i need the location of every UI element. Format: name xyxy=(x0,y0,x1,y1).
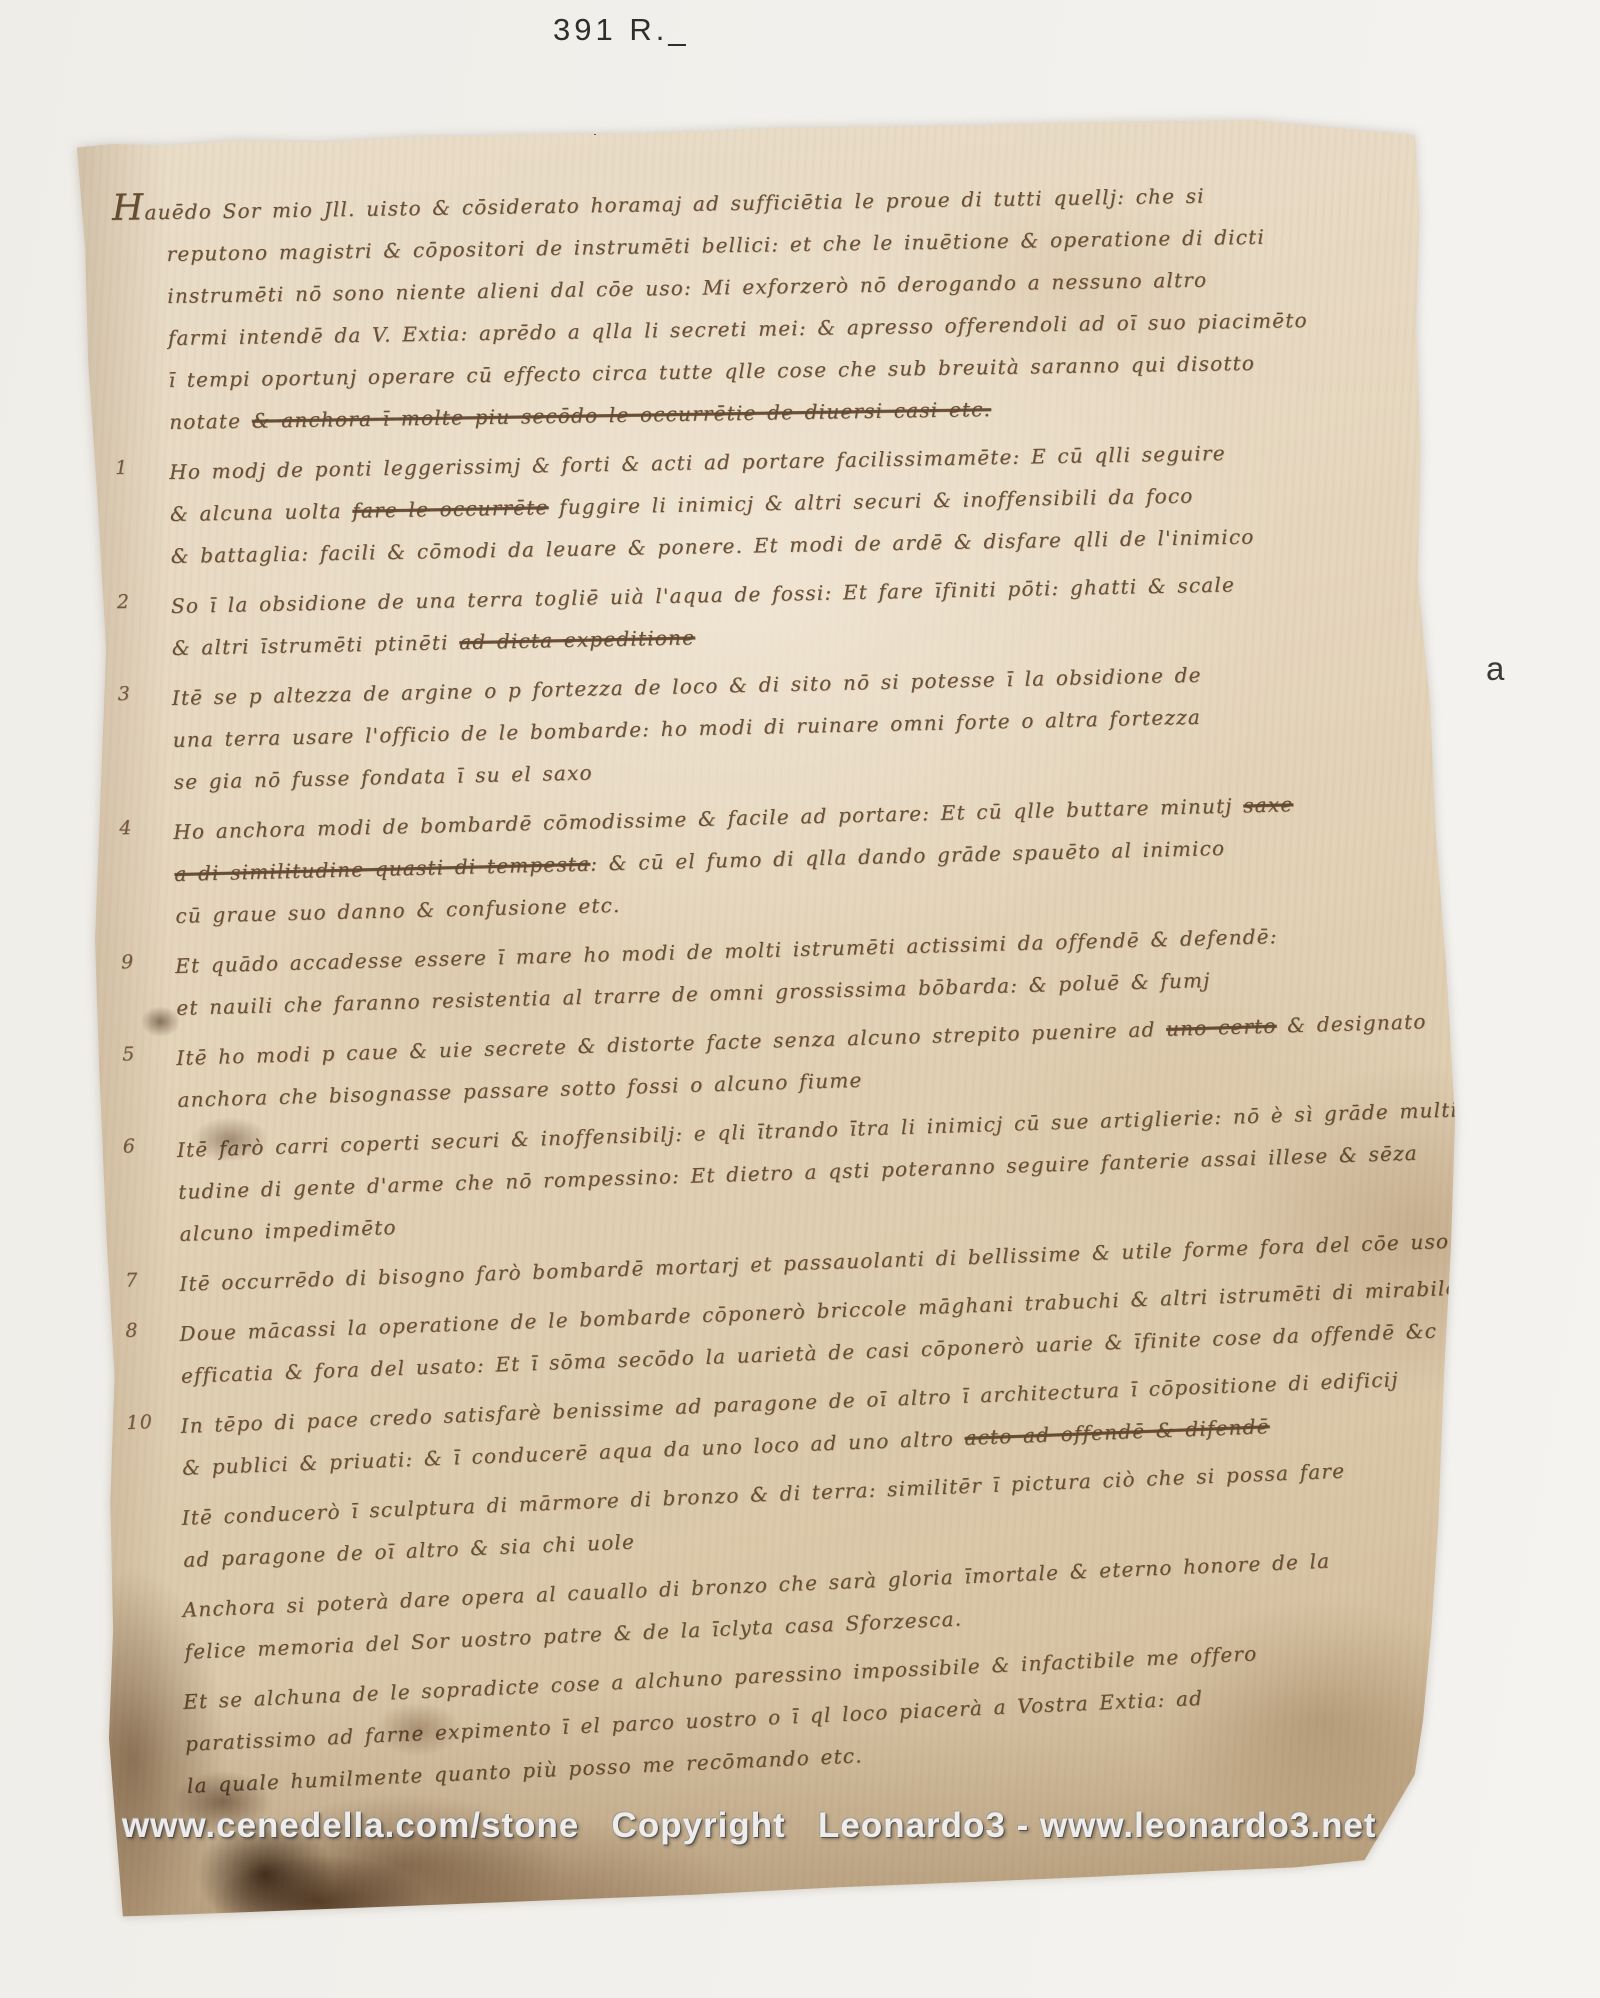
handwriting-text: alcuno impedimēto xyxy=(179,1215,397,1246)
folio-number: 391 R._ xyxy=(553,12,690,48)
column-letter: a xyxy=(1486,650,1504,688)
manuscript-text: Hauēdo Sor mio Jll. uisto & cōsiderato h… xyxy=(166,171,1464,1814)
struck-text: saxe xyxy=(1243,792,1294,817)
handwriting-text: : & cū el fumo di qlla dando grāde spauē… xyxy=(590,836,1226,876)
handwriting-text: notate xyxy=(169,409,252,434)
struck-text: acto ad offendē & difendē xyxy=(964,1414,1270,1450)
manuscript-sheet: + Hauēdo Sor mio Jll. uisto & cōsiderato… xyxy=(70,105,1462,1920)
cross-mark: + xyxy=(585,113,605,141)
margin-number: 2 xyxy=(117,591,131,613)
handwriting-text: fuggire li inimicj & altri securi & inof… xyxy=(548,484,1193,520)
margin-number: 8 xyxy=(125,1319,139,1341)
parchment-paper: + Hauēdo Sor mio Jll. uisto & cōsiderato… xyxy=(70,105,1462,1920)
margin-number: 7 xyxy=(125,1269,139,1291)
struck-text: uno certo xyxy=(1166,1014,1277,1041)
margin-number: 3 xyxy=(117,683,131,705)
manuscript-paragraph: 4Ho anchora modi de bombardē cōmodissime… xyxy=(173,779,1454,937)
manuscript-paragraph: 3Itē se p altezza de argine o p fortezza… xyxy=(171,648,1452,803)
handwriting-text: instrumēti nō sono niente alieni dal cōe… xyxy=(167,268,1207,308)
struck-text: & anchora ī molte piu secōdo le occurrēt… xyxy=(252,397,992,433)
manuscript-paragraph: Hauēdo Sor mio Jll. uisto & cōsiderato h… xyxy=(166,167,1448,443)
margin-number: 10 xyxy=(126,1411,153,1434)
handwriting-text: & alcuna uolta xyxy=(170,499,353,526)
margin-number: 6 xyxy=(122,1135,136,1157)
handwriting-text: & altri īstrumēti ptinēti xyxy=(172,630,460,660)
margin-number: 5 xyxy=(122,1043,136,1065)
struck-text: a di similitudine quasti di tempesta xyxy=(174,852,590,886)
watermark-text: www.cenedella.com/stone Copyright Leonar… xyxy=(122,1806,1377,1846)
margin-number: 1 xyxy=(115,457,129,479)
handwriting-text: se gia nō fusse fondata ī su el saxo xyxy=(173,761,593,794)
margin-number: 9 xyxy=(121,951,135,973)
manuscript-paragraph: 1Ho modj de ponti leggerissimj & forti &… xyxy=(169,428,1449,577)
handwriting-text: cū graue suo danno & confusione etc. xyxy=(175,893,621,928)
handwriting-text: & designato xyxy=(1276,1009,1427,1037)
struck-text: ad dicta expeditione xyxy=(459,625,695,654)
struck-text: fare le occurrēte xyxy=(352,495,549,523)
handwriting-text: ad paragone de oī altro & sia chi uole xyxy=(183,1530,636,1572)
photo-backdrop: 391 R._ a + Hauēdo Sor mio Jll. uisto & … xyxy=(0,0,1600,1998)
margin-number: 4 xyxy=(119,817,133,839)
